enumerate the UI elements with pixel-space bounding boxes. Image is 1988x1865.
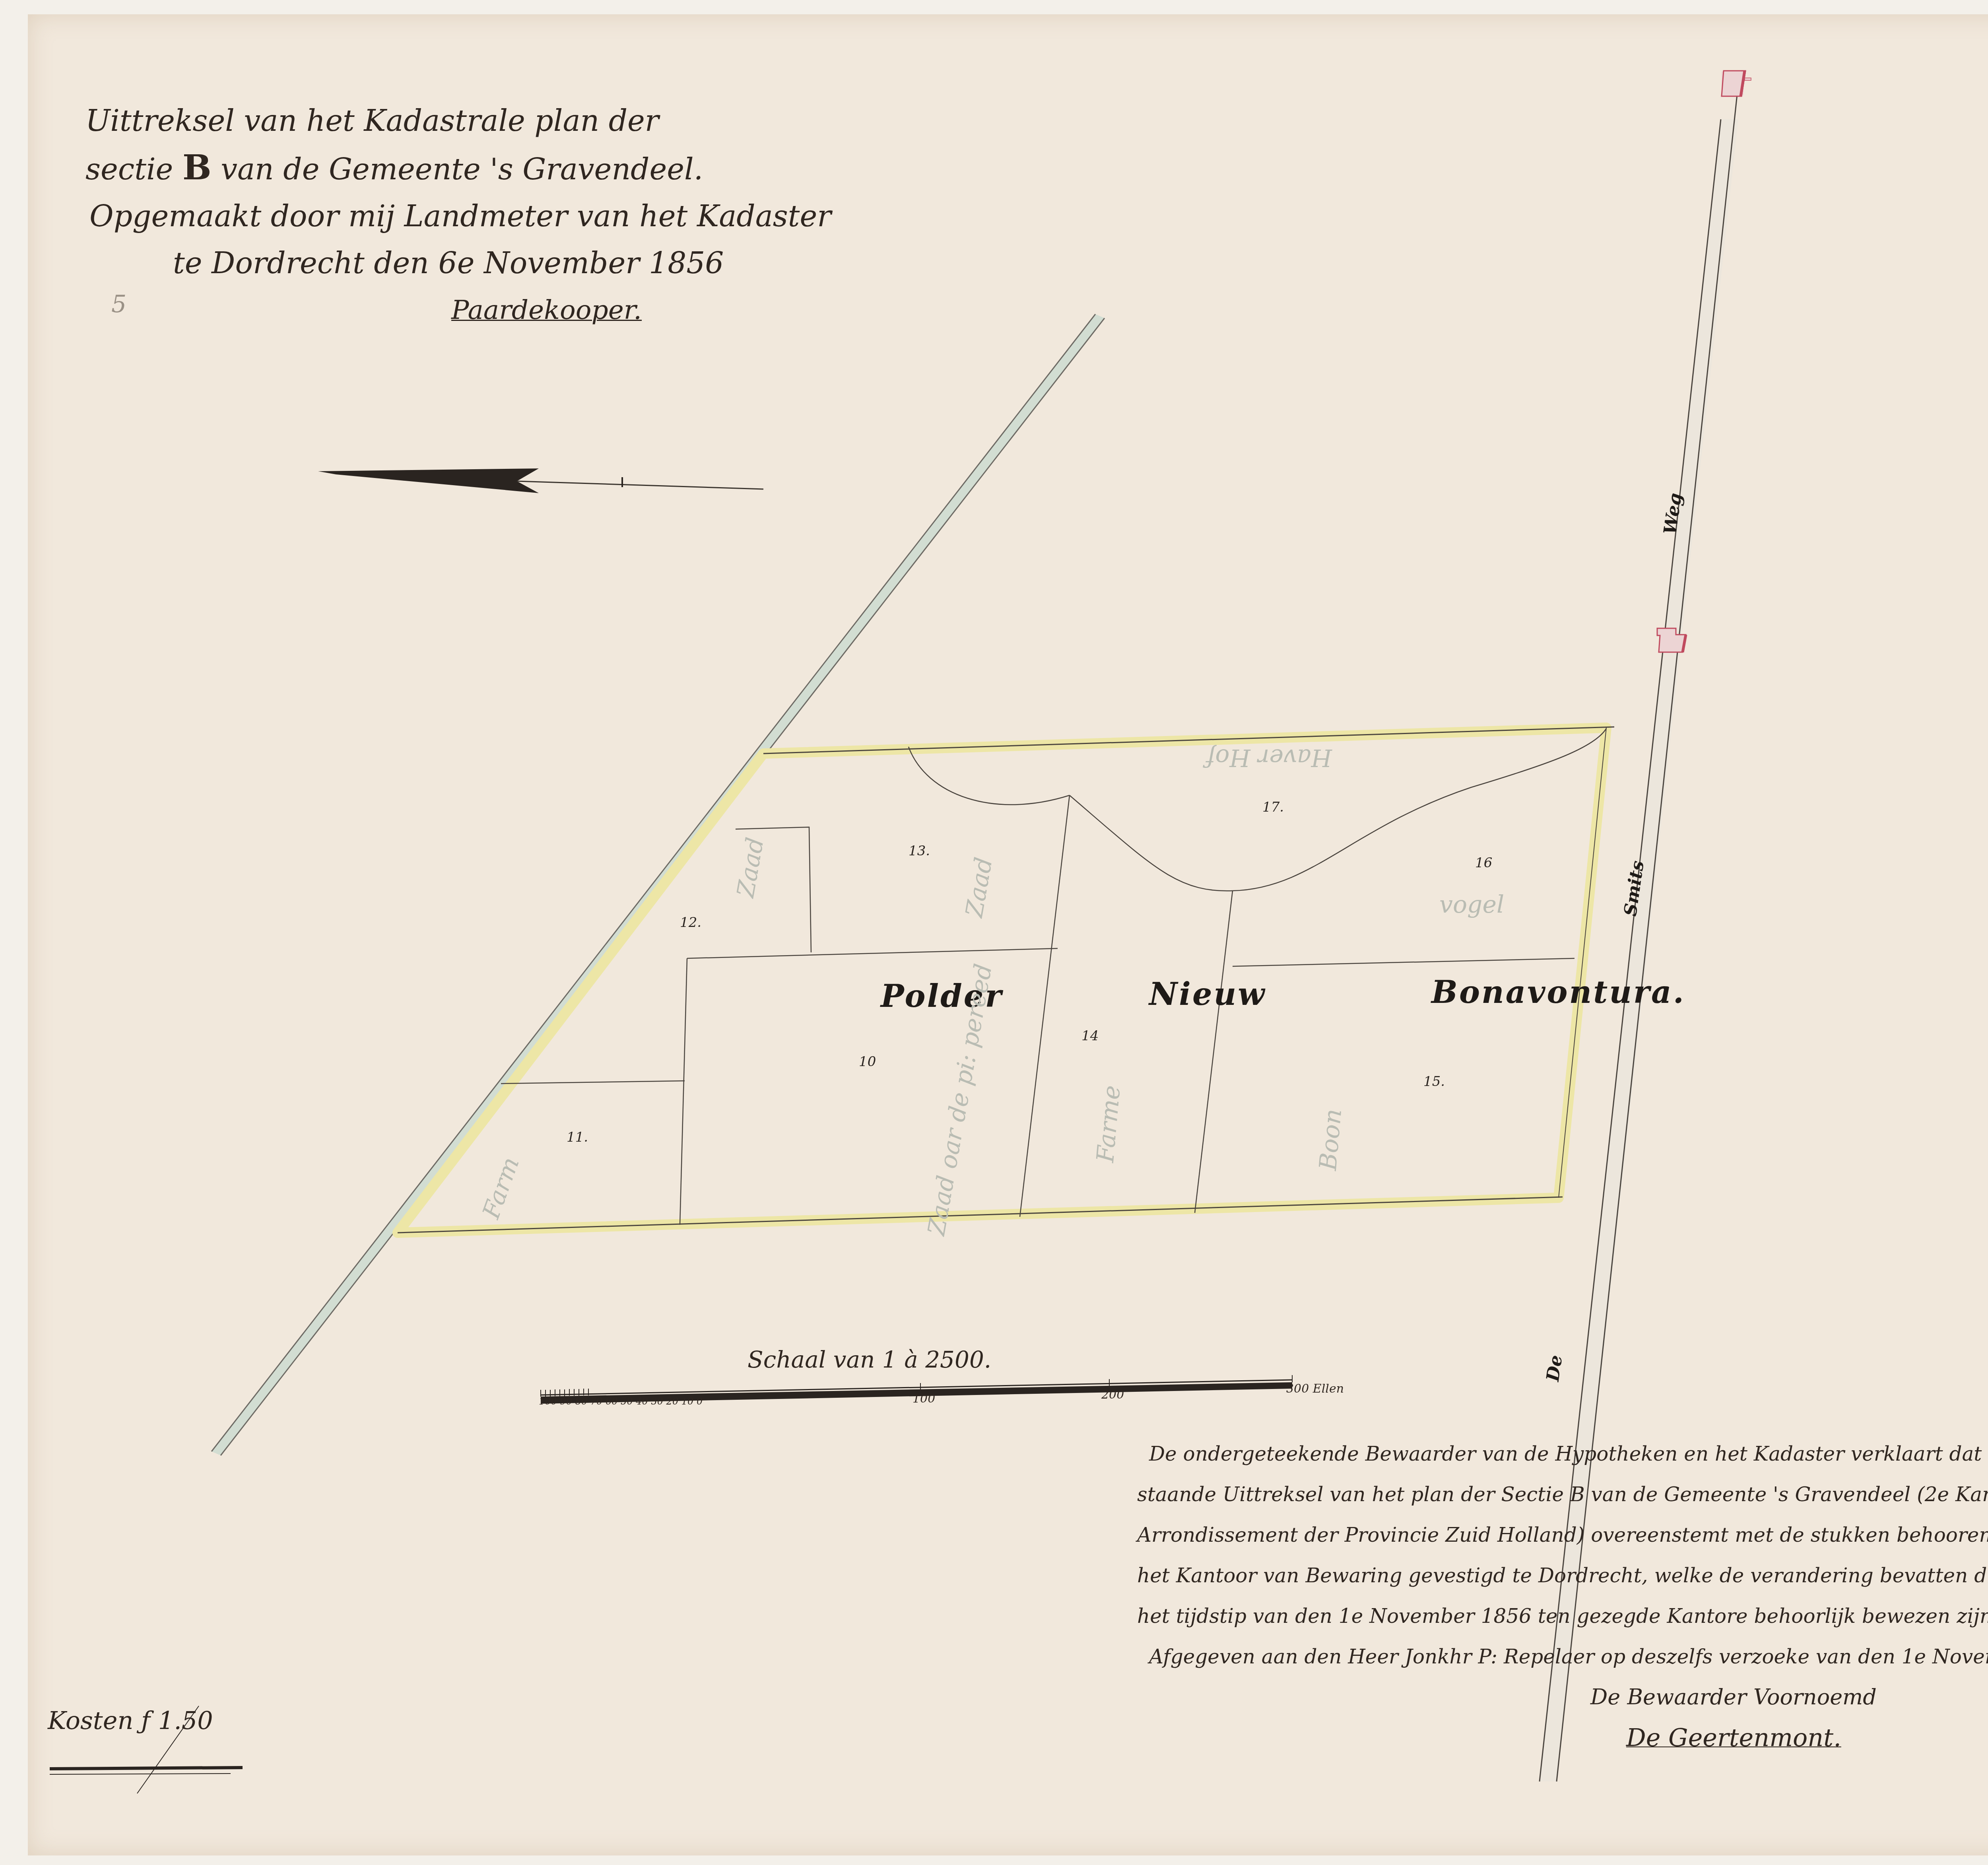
declaration-line-5: het tijdstip van den 1e November 1856 te… bbox=[1137, 1596, 1988, 1636]
surveyor-signature: Paardekooper. bbox=[85, 287, 831, 334]
pencil-note-16: vogel bbox=[1439, 891, 1504, 919]
north-arrow-icon bbox=[318, 468, 763, 493]
scale-tick-100: 100 bbox=[912, 1392, 935, 1406]
pencil-note-15: Boon bbox=[1314, 1108, 1347, 1171]
declaration-block: De ondergeteekende Bewaarder van de Hypo… bbox=[1137, 1434, 1988, 1758]
map-sheet: Uittreksel van het Kadastrale plan der s… bbox=[0, 0, 1988, 1865]
parcel-number-11: 11. bbox=[567, 1129, 588, 1145]
title-block: Uittreksel van het Kadastrale plan der s… bbox=[85, 97, 831, 334]
polder-name-3: Bonavontura. bbox=[1431, 974, 1685, 1010]
parcel-number-12: 12. bbox=[680, 915, 701, 931]
costs-amount: ƒ 1.50 bbox=[141, 1706, 213, 1735]
road-label-de: De bbox=[1543, 1354, 1567, 1383]
parcel-number-17: 17. bbox=[1262, 799, 1284, 815]
declaration-signoff: De Bewaarder Voornoemd bbox=[1137, 1677, 1988, 1717]
pencil-note-17: Haver Hof bbox=[1206, 744, 1332, 771]
declaration-line-2: staande Uittreksel van het plan der Sect… bbox=[1137, 1474, 1988, 1515]
declaration-line-4: het Kantoor van Bewaring gevestigd te Do… bbox=[1137, 1555, 1988, 1596]
parcel-number-15: 15. bbox=[1423, 1074, 1445, 1090]
scale-small-ticks: 100 90 80 70 60 50 40 30 20 10 0 bbox=[539, 1396, 703, 1407]
title-line-2: sectie B van de Gemeente 's Gravendeel. bbox=[85, 144, 831, 193]
building-north bbox=[1722, 71, 1751, 96]
section-letter: B bbox=[182, 148, 212, 188]
parcel-number-16: 16 bbox=[1475, 855, 1492, 871]
declaration-line-6: Afgegeven aan den Heer Jonkhr P: Repelae… bbox=[1137, 1636, 1988, 1677]
scale-tick-200: 200 bbox=[1101, 1388, 1124, 1402]
declaration-line-3: Arrondissement der Provincie Zuid Hollan… bbox=[1137, 1515, 1988, 1555]
polder-name-2: Nieuw bbox=[1149, 976, 1266, 1012]
parcel-number-10: 10 bbox=[859, 1054, 876, 1070]
title-line-3: Opgemaakt door mij Landmeter van het Kad… bbox=[85, 193, 831, 240]
title-line-4: te Dordrecht den 6e November 1856 bbox=[85, 240, 831, 287]
margin-mark: 5 bbox=[111, 290, 126, 318]
declaration-line-1: De ondergeteekende Bewaarder van de Hypo… bbox=[1137, 1434, 1988, 1474]
registrar-signature: De Geertenmont. bbox=[1137, 1717, 1988, 1758]
costs-label: Kosten bbox=[48, 1706, 133, 1735]
costs-note: Kosten ƒ 1.50 bbox=[48, 1706, 213, 1736]
scale-title: Schaal van 1 à 2500. bbox=[747, 1346, 991, 1373]
title-line-1: Uittreksel van het Kadastrale plan der bbox=[85, 97, 831, 144]
parcel-number-13: 13. bbox=[909, 843, 930, 859]
scale-tick-end: 300 Ellen bbox=[1286, 1382, 1344, 1396]
parcel-number-14: 14 bbox=[1081, 1028, 1099, 1044]
